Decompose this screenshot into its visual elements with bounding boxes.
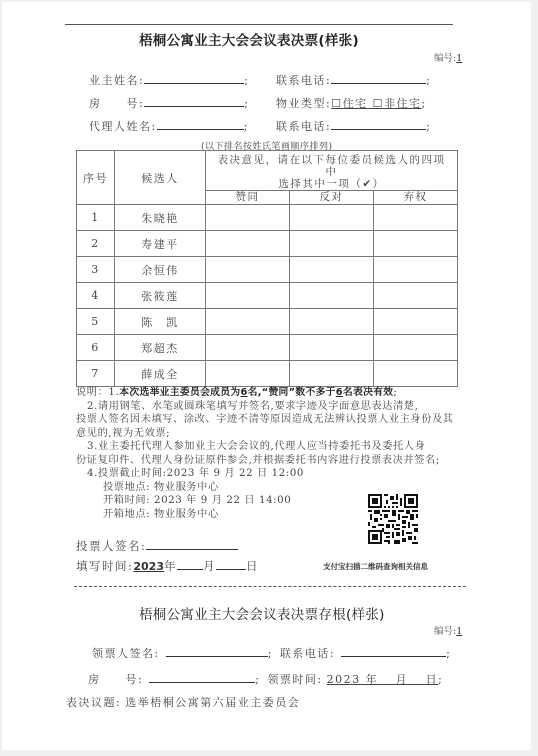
separator: ; bbox=[244, 97, 249, 110]
header-oppose: 反对 bbox=[290, 191, 374, 205]
stub-room-label: 房 号: bbox=[88, 673, 143, 686]
row-candidate: 陈 凯 bbox=[115, 309, 206, 335]
cell-oppose[interactable] bbox=[290, 309, 374, 335]
day-char: 日 bbox=[246, 559, 259, 573]
cell-abstain[interactable] bbox=[374, 257, 458, 283]
fill-time-label: 填写时间: bbox=[76, 559, 133, 573]
fill-time-day-field[interactable] bbox=[216, 559, 246, 570]
month-char: 月 bbox=[203, 559, 216, 573]
header-opinion: 表决意见，请在以下每位委员候选人的四项 中 选择其中一项（✔） bbox=[206, 151, 458, 191]
tear-line bbox=[74, 586, 466, 587]
table-row: 3 余恒伟 bbox=[77, 257, 458, 283]
separator: ; bbox=[426, 120, 431, 133]
separator: ; bbox=[438, 673, 443, 686]
header-approve: 赞同 bbox=[206, 191, 290, 205]
voter-signature-row: 投票人签名: bbox=[76, 538, 238, 554]
note-4-deadline: 4.投票截止时间:2023 年 9 月 22 日 12:00 bbox=[76, 467, 460, 481]
row-candidate: 朱晓艳 bbox=[115, 205, 206, 231]
voter-signature-label: 投票人签名: bbox=[76, 539, 146, 553]
note-1-end: ; bbox=[393, 387, 397, 398]
row-seq: 4 bbox=[77, 283, 115, 309]
stub-phone-label: 联系电话: bbox=[280, 647, 335, 660]
stub-serial-value: 1 bbox=[456, 626, 462, 637]
header-seq: 序号 bbox=[77, 151, 115, 205]
receive-time-value[interactable]: 2023 年 月 日 bbox=[327, 673, 438, 686]
note-2-cont: 投票人签名因未填写、涂改、字迹不清等原因造成无法辨认投票人业主身份及其意见的,视… bbox=[76, 413, 460, 440]
note-1: 说明：1.本次选举业主委员会成员为6名,“赞同”数不多于6名表决有效; bbox=[76, 386, 460, 400]
stub-serial-label: 编号: bbox=[434, 626, 456, 637]
vote-table: 序号 候选人 表决意见，请在以下每位委员候选人的四项 中 选择其中一项（✔） 赞… bbox=[76, 150, 458, 387]
proxy-phone-field[interactable] bbox=[331, 119, 426, 130]
stub-serial: 编号:1 bbox=[434, 623, 462, 637]
ballot-serial: 编号:1 bbox=[434, 50, 462, 64]
note-1-num-1: 6 bbox=[240, 387, 247, 398]
row-candidate: 郑超杰 bbox=[115, 335, 206, 361]
stub-receiver-row: 领票人签名:; 联系电话:; bbox=[92, 645, 451, 661]
separator: ; bbox=[446, 647, 451, 660]
owner-name-row: 业主姓名:; bbox=[89, 72, 249, 88]
cell-abstain[interactable] bbox=[374, 205, 458, 231]
cell-approve[interactable] bbox=[206, 283, 290, 309]
cell-oppose[interactable] bbox=[290, 257, 374, 283]
owner-phone-row: 联系电话:; bbox=[276, 72, 431, 88]
note-prefix: 说明：1. bbox=[76, 387, 119, 398]
table-row: 7 薛成全 bbox=[77, 361, 458, 387]
separator: ; bbox=[426, 74, 431, 87]
note-2: 2.请用钢笔、水笔或圆珠笔填写并签名,要求字迹及字面意思表达清楚, bbox=[76, 400, 460, 414]
separator: ; bbox=[244, 74, 249, 87]
row-candidate: 寿建平 bbox=[115, 231, 206, 257]
table-row: 1 朱晓艳 bbox=[77, 205, 458, 231]
qr-caption: 支付宝扫描二维码查询相关信息 bbox=[323, 561, 428, 572]
header-candidate: 候选人 bbox=[115, 151, 206, 205]
voter-signature-field[interactable] bbox=[146, 539, 238, 550]
stub-topic-row: 表决议题:选举梧桐公寓第六届业主委员会 bbox=[66, 694, 300, 710]
checkbox-non-residential[interactable]: ☐非住宅 bbox=[373, 97, 422, 110]
fill-time-month-field[interactable] bbox=[177, 559, 203, 570]
note-4-location: 投票地点: 物业服务中心 bbox=[76, 481, 460, 495]
row-candidate: 张筱莲 bbox=[115, 283, 206, 309]
row-candidate: 薛成全 bbox=[115, 361, 206, 387]
proxy-phone-label: 联系电话: bbox=[276, 120, 331, 133]
cell-approve[interactable] bbox=[206, 309, 290, 335]
cell-oppose[interactable] bbox=[290, 361, 374, 387]
stub-phone-field[interactable] bbox=[341, 646, 446, 657]
header-abstain: 弃权 bbox=[374, 191, 458, 205]
room-field[interactable] bbox=[144, 96, 244, 107]
row-seq: 5 bbox=[77, 309, 115, 335]
ballot-title: 梧桐公寓业主大会会议表决票(样张) bbox=[139, 29, 359, 49]
proxy-name-row: 代理人姓名:; bbox=[89, 118, 249, 134]
table-row: 4 张筱莲 bbox=[77, 283, 458, 309]
cell-oppose[interactable] bbox=[290, 205, 374, 231]
stub-title: 梧桐公寓业主大会会议表决票存根(样张) bbox=[139, 603, 385, 623]
cell-abstain[interactable] bbox=[374, 335, 458, 361]
table-row: 5 陈 凯 bbox=[77, 309, 458, 335]
note-3-cont: 份证复印件、代理人身份证原件参会,并根据委托书内容进行投票表决并签名; bbox=[76, 454, 460, 468]
receiver-signature-field[interactable] bbox=[166, 646, 268, 657]
owner-name-label: 业主姓名: bbox=[89, 74, 144, 87]
note-1-text-c: 名表决有效 bbox=[343, 387, 393, 398]
top-rule bbox=[65, 24, 453, 25]
opinion-line-1: 表决意见，请在以下每位委员候选人的四项 bbox=[206, 154, 457, 166]
proxy-phone-row: 联系电话:; bbox=[276, 118, 431, 134]
row-seq: 6 bbox=[77, 335, 115, 361]
cell-oppose[interactable] bbox=[290, 231, 374, 257]
owner-name-field[interactable] bbox=[144, 73, 244, 84]
cell-abstain[interactable] bbox=[374, 231, 458, 257]
row-seq: 3 bbox=[77, 257, 115, 283]
cell-abstain[interactable] bbox=[374, 361, 458, 387]
separator: ; bbox=[421, 97, 426, 110]
owner-phone-label: 联系电话: bbox=[276, 74, 331, 87]
receive-time-label: 领票时间: bbox=[267, 673, 322, 686]
cell-approve[interactable] bbox=[206, 335, 290, 361]
stub-room-row: 房 号:; 领票时间:2023 年 月 日; bbox=[88, 671, 443, 687]
owner-phone-field[interactable] bbox=[331, 73, 426, 84]
cell-oppose[interactable] bbox=[290, 283, 374, 309]
row-seq: 2 bbox=[77, 231, 115, 257]
receiver-signature-label: 领票人签名: bbox=[92, 647, 160, 660]
property-type-row: 物业类型:☐住宅 ☐非住宅; bbox=[276, 95, 427, 111]
cell-approve[interactable] bbox=[206, 205, 290, 231]
row-seq: 1 bbox=[77, 205, 115, 231]
fill-time-year: 2023 bbox=[133, 560, 164, 573]
table-row: 6 郑超杰 bbox=[77, 335, 458, 361]
serial-value: 1 bbox=[456, 53, 462, 64]
fill-time-row: 填写时间:2023年月日 bbox=[76, 558, 259, 574]
cell-abstain[interactable] bbox=[374, 309, 458, 335]
year-char: 年 bbox=[164, 559, 177, 573]
checkbox-residential[interactable]: ☐住宅 bbox=[331, 97, 367, 110]
cell-approve[interactable] bbox=[206, 257, 290, 283]
cell-approve[interactable] bbox=[206, 361, 290, 387]
row-candidate: 余恒伟 bbox=[115, 257, 206, 283]
stub-room-field[interactable] bbox=[149, 672, 255, 683]
cell-approve[interactable] bbox=[206, 231, 290, 257]
proxy-name-label: 代理人姓名: bbox=[89, 120, 157, 133]
serial-label: 编号: bbox=[434, 53, 456, 64]
separator: ; bbox=[244, 120, 249, 133]
note-1-num-2: 6 bbox=[336, 387, 343, 398]
cell-oppose[interactable] bbox=[290, 335, 374, 361]
opinion-line-3: 选择其中一项（✔） bbox=[206, 178, 457, 190]
opinion-line-2: 中 bbox=[206, 166, 457, 178]
property-type-label: 物业类型: bbox=[276, 97, 331, 110]
topic-value: 选举梧桐公寓第六届业主委员会 bbox=[125, 696, 300, 709]
separator: ; bbox=[268, 647, 273, 660]
note-1-text-b: 名,“赞同”数不多于 bbox=[248, 387, 336, 398]
row-seq: 7 bbox=[77, 361, 115, 387]
room-row: 房 号:; bbox=[89, 95, 249, 111]
note-1-text-a: 本次选举业主委员会成员为 bbox=[119, 387, 240, 398]
proxy-name-field[interactable] bbox=[157, 119, 244, 130]
room-label: 房 号: bbox=[89, 97, 144, 110]
separator: ; bbox=[255, 673, 260, 686]
note-3: 3.业主委托代理人参加业主大会会议的,代理人应当持委托书及委托人身 bbox=[76, 440, 460, 454]
cell-abstain[interactable] bbox=[374, 283, 458, 309]
qr-code-icon[interactable] bbox=[368, 494, 418, 544]
topic-label: 表决议题: bbox=[66, 696, 121, 709]
table-row: 2 寿建平 bbox=[77, 231, 458, 257]
